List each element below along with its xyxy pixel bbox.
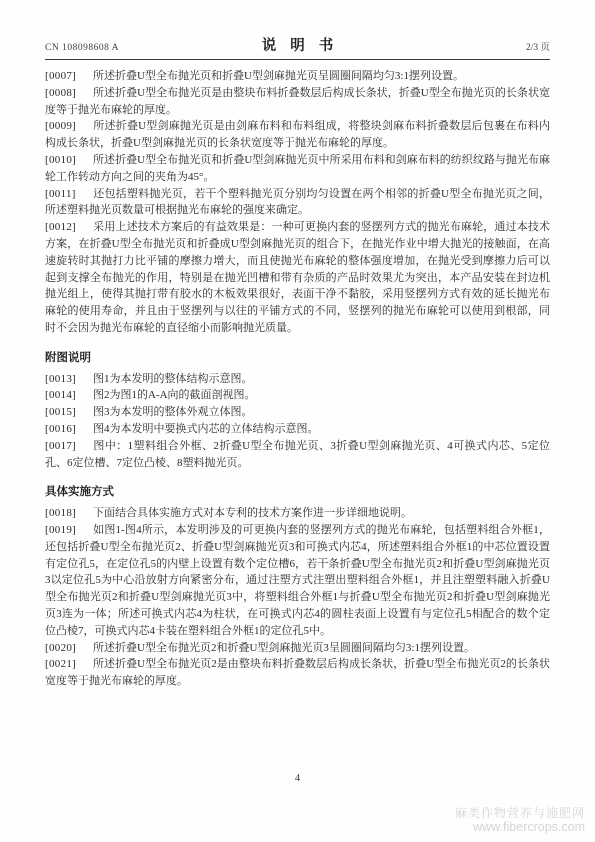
page-indicator: 2/3 页 (400, 39, 550, 53)
section-heading-drawings: 附图说明 (45, 350, 550, 367)
watermark-url: www.fibercrops.com (455, 820, 585, 834)
paragraph-0020: [0020]所述折叠U型全布抛光页2和折叠U型剑麻抛光页3呈圆圈间隔均匀3:1摆… (45, 640, 550, 657)
paragraph-0013: [0013]图1为本发明的整体结构示意图。 (45, 371, 550, 388)
paragraph-0009: [0009]所述折叠U型剑麻抛光页是由剑麻布料和布料组成，将整块剑麻布料折叠数层… (45, 118, 550, 152)
document-body: [0007]所述折叠U型全布抛光页和折叠U型剑麻抛光页呈圆圈间隔均匀3:1摆列设… (45, 68, 550, 690)
paragraph-number: [0018] (45, 505, 93, 522)
paragraph-text: 所述折叠U型全布抛光页2是由整块布料折叠数层后构成长条状，折叠U型全布抛光页2的… (45, 658, 550, 687)
paragraph-0014: [0014]图2为图1的A-A向的截面剖视图。 (45, 387, 550, 404)
paragraph-number: [0010] (45, 152, 93, 169)
paragraph-0011: [0011]还包括塑料抛光页，若干个塑料抛光页分别均匀设置在两个相邻的折叠U型全… (45, 186, 550, 220)
paragraph-0017: [0017]图中：1塑料组合外框、2折叠U型全布抛光页、3折叠U型剑麻抛光页、4… (45, 438, 550, 472)
paragraph-number: [0013] (45, 371, 93, 388)
paragraph-0018: [0018]下面结合具体实施方式对本专利的技术方案作进一步详细地说明。 (45, 505, 550, 522)
paragraph-0008: [0008]所述折叠U型全布抛光页是由整块布料折叠数层后构成长条状，折叠U型全布… (45, 85, 550, 119)
paragraph-text: 图2为图1的A-A向的截面剖视图。 (93, 389, 256, 401)
paragraph-0021: [0021]所述折叠U型全布抛光页2是由整块布料折叠数层后构成长条状，折叠U型全… (45, 656, 550, 690)
paragraph-number: [0014] (45, 387, 93, 404)
paragraph-number: [0017] (45, 438, 93, 455)
paragraph-text: 所述折叠U型全布抛光页2和折叠U型剑麻抛光页3呈圆圈间隔均匀3:1摆列设置。 (93, 642, 475, 654)
paragraph-text: 所述折叠U型全布抛光页和折叠U型剑麻抛光页中所采用布料和剑麻布料的纺织纹路与抛光… (45, 154, 550, 183)
paragraph-text: 采用上述技术方案后的有益效果是：一种可更换内套的竖摆列方式的抛光布麻轮，通过本技… (45, 221, 550, 334)
paragraph-0010: [0010]所述折叠U型全布抛光页和折叠U型剑麻抛光页中所采用布料和剑麻布料的纺… (45, 152, 550, 186)
paragraph-number: [0015] (45, 404, 93, 421)
paragraph-number: [0020] (45, 640, 93, 657)
paragraph-number: [0009] (45, 118, 93, 135)
paragraph-text: 图1为本发明的整体结构示意图。 (93, 373, 253, 385)
paragraph-0019: [0019]如图1-图4所示，本发明涉及的可更换内套的竖摆列方式的抛光布麻轮，包… (45, 522, 550, 640)
page-number: 4 (0, 773, 595, 784)
publication-number: CN 108098608 A (45, 43, 195, 53)
paragraph-text: 图4为本发明中要换式内芯的立体结构示意图。 (93, 423, 319, 435)
section-heading-embodiments: 具体实施方式 (45, 484, 550, 501)
paragraph-text: 还包括塑料抛光页，若干个塑料抛光页分别均匀设置在两个相邻的折叠U型全布抛光页之间… (45, 188, 550, 217)
paragraph-text: 图中：1塑料组合外框、2折叠U型全布抛光页、3折叠U型剑麻抛光页、4可换式内芯、… (45, 440, 550, 469)
document-title: 说明书 (195, 34, 400, 55)
patent-specification-page: CN 108098608 A 说明书 2/3 页 [0007]所述折叠U型全布抛… (0, 0, 595, 842)
watermark-site-name: 麻类作物营养与施肥网 (455, 806, 585, 820)
paragraph-text: 下面结合具体实施方式对本专利的技术方案作进一步详细地说明。 (93, 507, 412, 519)
paragraph-text: 如图1-图4所示，本发明涉及的可更换内套的竖摆列方式的抛光布麻轮，包括塑料组合外… (45, 524, 550, 637)
paragraph-text: 所述折叠U型全布抛光页是由整块布料折叠数层后构成长条状，折叠U型全布抛光页的长条… (45, 87, 550, 116)
paragraph-0012: [0012]采用上述技术方案后的有益效果是：一种可更换内套的竖摆列方式的抛光布麻… (45, 219, 550, 337)
paragraph-number: [0016] (45, 421, 93, 438)
paragraph-0007: [0007]所述折叠U型全布抛光页和折叠U型剑麻抛光页呈圆圈间隔均匀3:1摆列设… (45, 68, 550, 85)
paragraph-number: [0019] (45, 522, 93, 539)
paragraph-text: 图3为本发明的整体外观立体图。 (93, 406, 253, 418)
paragraph-text: 所述折叠U型剑麻抛光页是由剑麻布料和布料组成，将整块剑麻布料折叠数层后包裹在布料… (45, 120, 550, 149)
watermark: 麻类作物营养与施肥网 www.fibercrops.com (455, 806, 585, 834)
paragraph-number: [0007] (45, 68, 93, 85)
page-header: CN 108098608 A 说明书 2/3 页 (45, 34, 550, 60)
paragraph-number: [0008] (45, 85, 93, 102)
paragraph-0015: [0015]图3为本发明的整体外观立体图。 (45, 404, 550, 421)
paragraph-number: [0012] (45, 219, 93, 236)
paragraph-0016: [0016]图4为本发明中要换式内芯的立体结构示意图。 (45, 421, 550, 438)
paragraph-number: [0021] (45, 656, 93, 673)
paragraph-number: [0011] (45, 186, 93, 203)
paragraph-text: 所述折叠U型全布抛光页和折叠U型剑麻抛光页呈圆圈间隔均匀3:1摆列设置。 (93, 70, 464, 82)
